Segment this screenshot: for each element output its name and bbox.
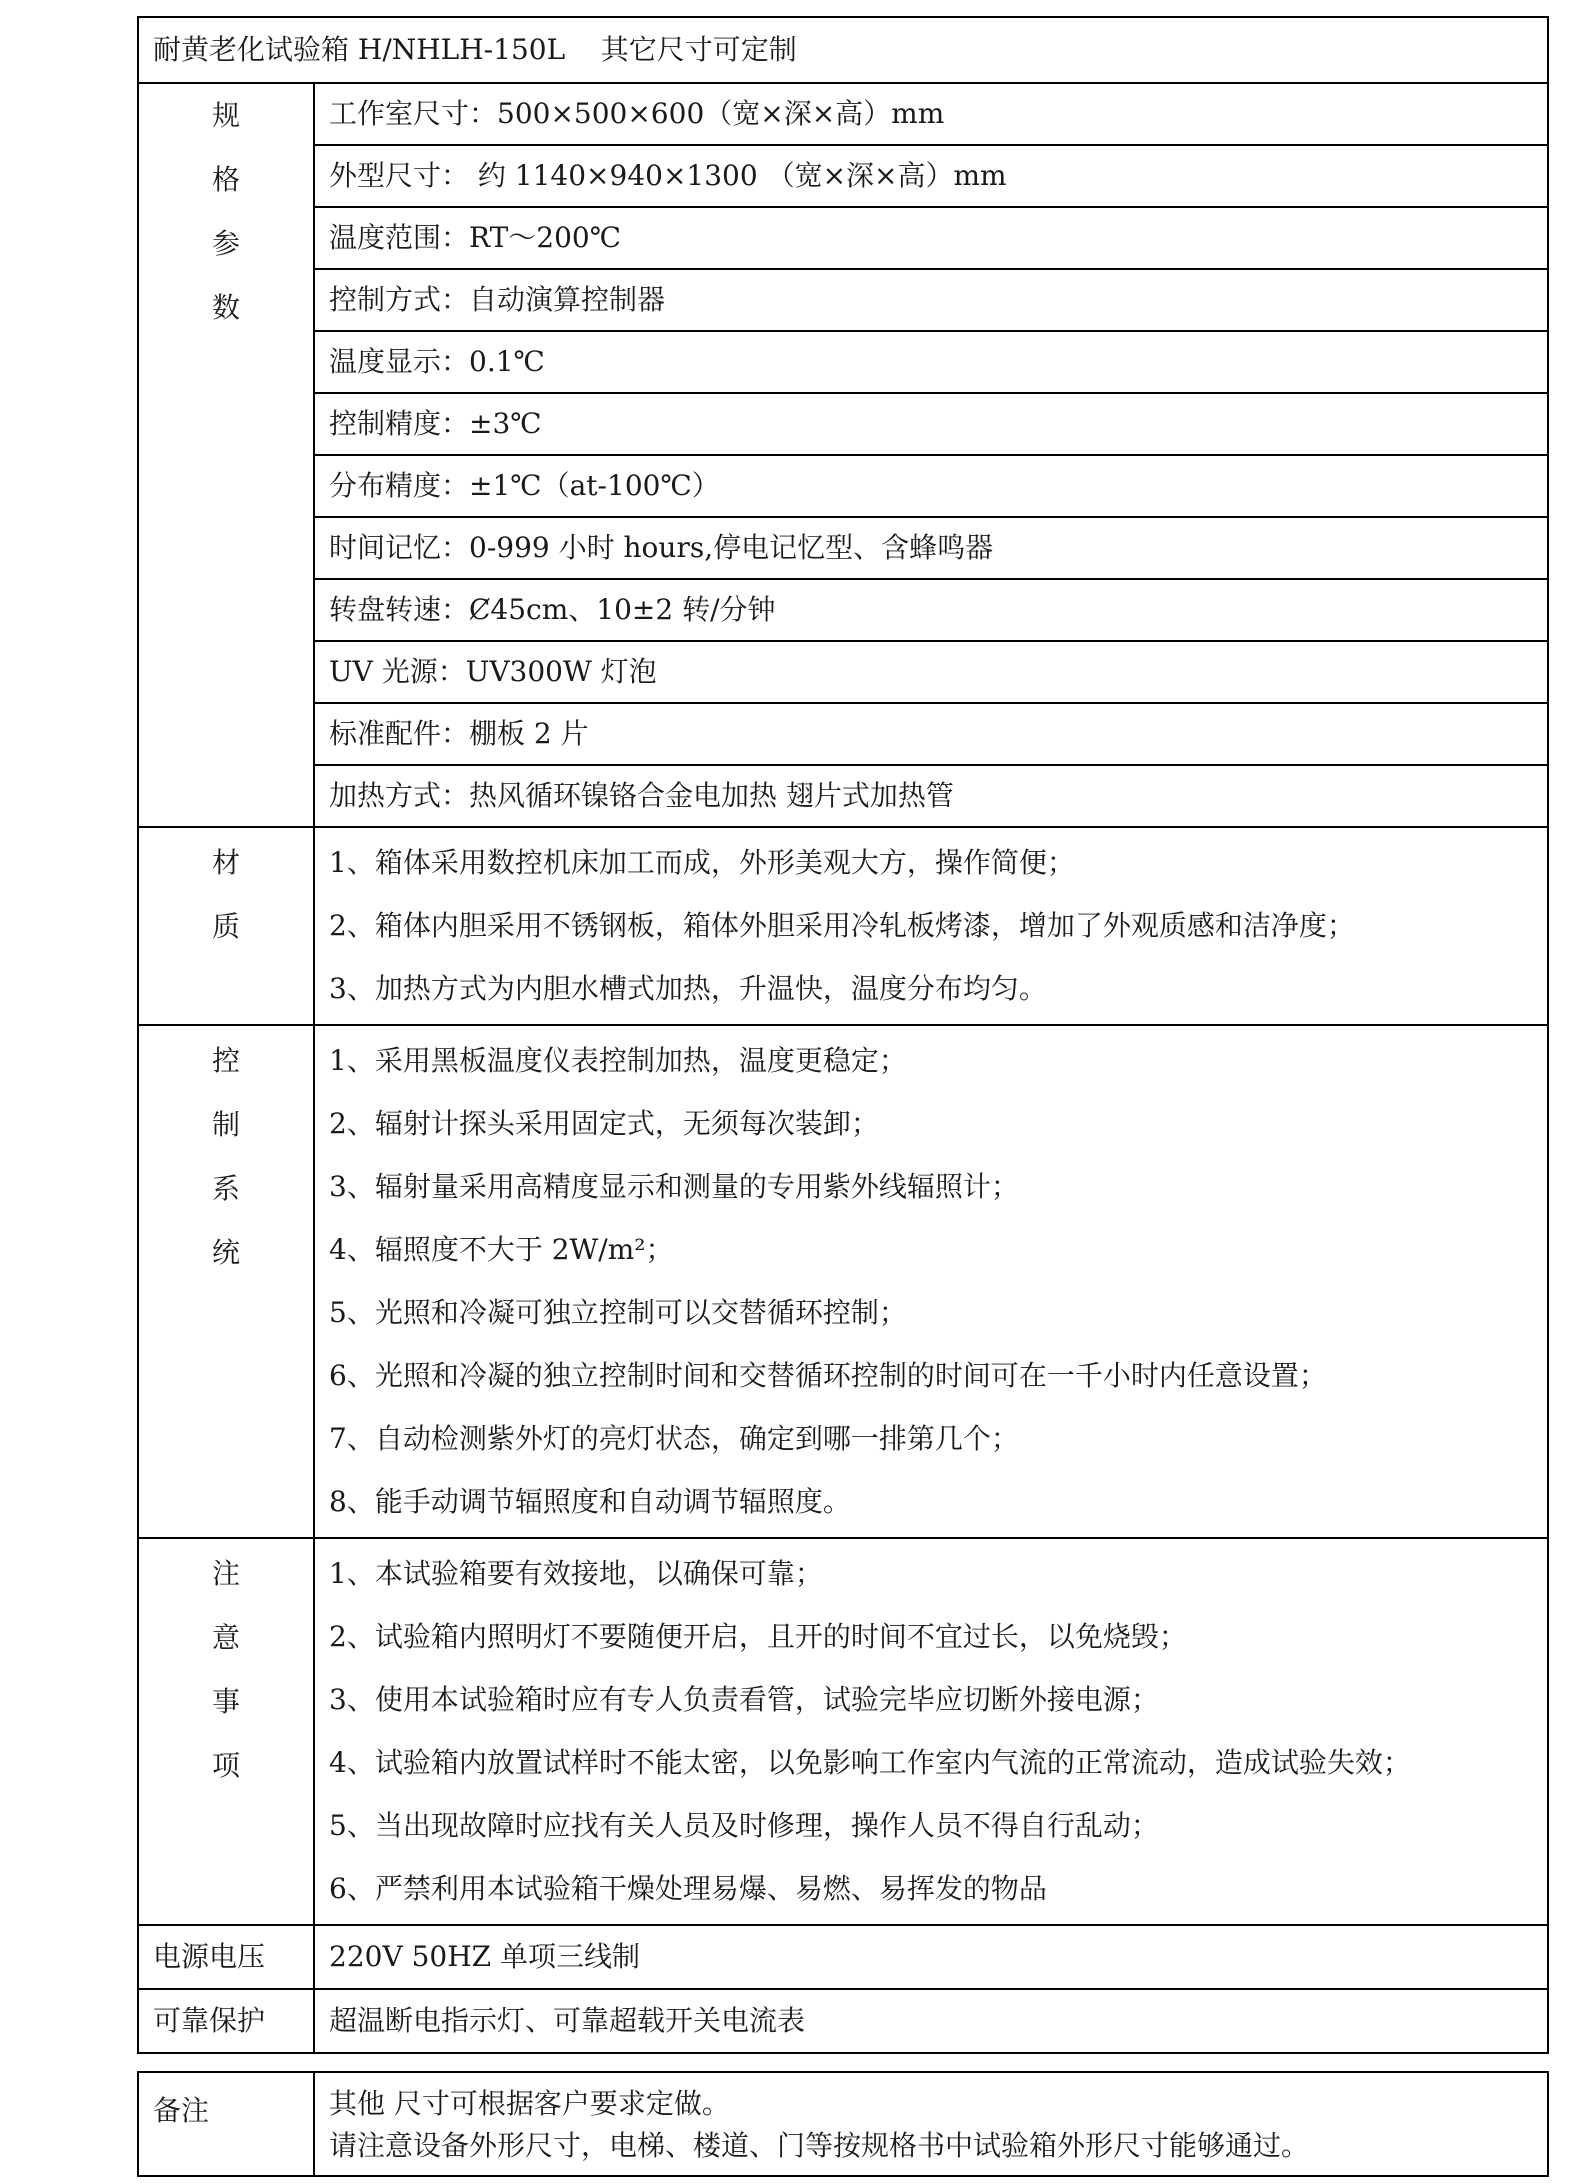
spec-row: 加热方式：热风循环镍铬合金电加热 翅片式加热管 [138,765,1548,827]
label-char: 控 [139,1029,313,1093]
protection-label: 可靠保护 [138,1989,314,2053]
spec-row: 控制精度：±3℃ [138,393,1548,455]
spec-item: 标准配件：棚板 2 片 [314,703,1548,765]
spec-item: 控制方式：自动演算控制器 [314,269,1548,331]
list-item: 2、试验箱内照明灯不要随便开启，且开的时间不宜过长，以免烧毁； [329,1605,1547,1668]
power-value: 220V 50HZ 单项三线制 [314,1925,1548,1989]
spec-item: 外型尺寸： 约 1140×940×1300 （宽×深×高）mm [314,145,1548,207]
remarks-line: 其他 尺寸可根据客户要求定做。 [329,2083,1533,2125]
protection-value: 超温断电指示灯、可靠超载开关电流表 [314,1989,1548,2053]
label-char: 事 [139,1670,313,1734]
control-system-row: 控 制 系 统 1、采用黑板温度仪表控制加热，温度更稳定； 2、辐射计探头采用固… [138,1025,1548,1538]
protection-row: 可靠保护 超温断电指示灯、可靠超载开关电流表 [138,1989,1548,2053]
remarks-line: 请注意设备外形尺寸，电梯、楼道、门等按规格书中试验箱外形尺寸能够通过。 [329,2125,1533,2167]
spec-row: UV 光源：UV300W 灯泡 [138,641,1548,703]
section-label-notes: 注 意 事 项 [138,1538,314,1925]
spec-item: 加热方式：热风循环镍铬合金电加热 翅片式加热管 [314,765,1548,827]
label-char: 制 [139,1093,313,1157]
label-char: 项 [139,1734,313,1798]
list-item: 5、光照和冷凝可独立控制可以交替循环控制； [329,1281,1547,1344]
spec-item: 转盘转速：Ȼ45cm、10±2 转/分钟 [314,579,1548,641]
section-label-material: 材 质 [138,827,314,1025]
list-item: 5、当出现故障时应找有关人员及时修理，操作人员不得自行乱动； [329,1794,1547,1857]
spec-row: 控制方式：自动演算控制器 [138,269,1548,331]
label-char: 统 [139,1221,313,1285]
spec-row: 标准配件：棚板 2 片 [138,703,1548,765]
label-char: 系 [139,1157,313,1221]
spec-item: 控制精度：±3℃ [314,393,1548,455]
spec-row: 温度范围：RT～200℃ [138,207,1548,269]
label-char: 材 [139,831,313,895]
label-char: 数 [139,276,313,340]
list-item: 8、能手动调节辐照度和自动调节辐照度。 [329,1470,1547,1533]
list-item: 1、采用黑板温度仪表控制加热，温度更稳定； [329,1029,1547,1092]
list-item: 1、本试验箱要有效接地，以确保可靠； [329,1542,1547,1605]
spec-table: 耐黄老化试验箱 H/NHLH-150L 其它尺寸可定制 规 格 参 数 工作室尺… [137,16,1549,2054]
title-gap [565,33,601,66]
spec-row: 转盘转速：Ȼ45cm、10±2 转/分钟 [138,579,1548,641]
spec-row: 外型尺寸： 约 1140×940×1300 （宽×深×高）mm [138,145,1548,207]
list-item: 4、试验箱内放置试样时不能太密，以免影响工作室内气流的正常流动，造成试验失效； [329,1731,1547,1794]
list-item: 3、辐射量采用高精度显示和测量的专用紫外线辐照计； [329,1155,1547,1218]
section-label-specs: 规 格 参 数 [138,83,314,827]
list-item: 4、辐照度不大于 2W/m²； [329,1218,1547,1281]
list-item: 7、自动检测紫外灯的亮灯状态，确定到哪一排第几个； [329,1407,1547,1470]
label-char: 注 [139,1542,313,1606]
label-char: 规 [139,84,313,148]
spec-row: 时间记忆：0-999 小时 hours,停电记忆型、含蜂鸣器 [138,517,1548,579]
title-model: 耐黄老化试验箱 H/NHLH-150L [153,33,565,66]
label-char: 参 [139,212,313,276]
remarks-row: 备注 其他 尺寸可根据客户要求定做。 请注意设备外形尺寸，电梯、楼道、门等按规格… [138,2072,1548,2176]
remarks-body: 其他 尺寸可根据客户要求定做。 请注意设备外形尺寸，电梯、楼道、门等按规格书中试… [314,2072,1548,2176]
power-row: 电源电压 220V 50HZ 单项三线制 [138,1925,1548,1989]
spec-item: UV 光源：UV300W 灯泡 [314,641,1548,703]
remarks-label: 备注 [138,2072,314,2176]
spec-item: 温度范围：RT～200℃ [314,207,1548,269]
spec-item: 时间记忆：0-999 小时 hours,停电记忆型、含蜂鸣器 [314,517,1548,579]
section-label-control-system: 控 制 系 统 [138,1025,314,1538]
list-item: 2、箱体内胆采用不锈钢板，箱体外胆采用冷轧板烤漆，增加了外观质感和洁净度； [329,894,1547,957]
spec-item: 分布精度：±1℃（at-100℃） [314,455,1548,517]
notes-row: 注 意 事 项 1、本试验箱要有效接地，以确保可靠； 2、试验箱内照明灯不要随便… [138,1538,1548,1925]
label-char: 质 [139,895,313,959]
label-char: 格 [139,148,313,212]
list-item: 1、箱体采用数控机床加工而成，外形美观大方，操作简便； [329,831,1547,894]
spec-item: 温度显示：0.1℃ [314,331,1548,393]
spec-item: 工作室尺寸：500×500×600（宽×深×高）mm [314,83,1548,145]
notes-list: 1、本试验箱要有效接地，以确保可靠； 2、试验箱内照明灯不要随便开启，且开的时间… [314,1538,1548,1925]
list-item: 3、加热方式为内胆水槽式加热，升温快，温度分布均匀。 [329,957,1547,1020]
spec-row: 分布精度：±1℃（at-100℃） [138,455,1548,517]
list-item: 6、严禁利用本试验箱干燥处理易爆、易燃、易挥发的物品 [329,1857,1547,1920]
remarks-table: 备注 其他 尺寸可根据客户要求定做。 请注意设备外形尺寸，电梯、楼道、门等按规格… [137,2071,1549,2177]
control-system-list: 1、采用黑板温度仪表控制加热，温度更稳定； 2、辐射计探头采用固定式，无须每次装… [314,1025,1548,1538]
title-suffix: 其它尺寸可定制 [601,33,797,66]
document-title: 耐黄老化试验箱 H/NHLH-150L 其它尺寸可定制 [138,17,1548,83]
list-item: 2、辐射计探头采用固定式，无须每次装卸； [329,1092,1547,1155]
material-row: 材 质 1、箱体采用数控机床加工而成，外形美观大方，操作简便； 2、箱体内胆采用… [138,827,1548,1025]
list-item: 6、光照和冷凝的独立控制时间和交替循环控制的时间可在一千小时内任意设置； [329,1344,1547,1407]
spec-row: 温度显示：0.1℃ [138,331,1548,393]
spec-row: 规 格 参 数 工作室尺寸：500×500×600（宽×深×高）mm [138,83,1548,145]
title-row: 耐黄老化试验箱 H/NHLH-150L 其它尺寸可定制 [138,17,1548,83]
label-char: 意 [139,1606,313,1670]
power-label: 电源电压 [138,1925,314,1989]
list-item: 3、使用本试验箱时应有专人负责看管，试验完毕应切断外接电源； [329,1668,1547,1731]
material-list: 1、箱体采用数控机床加工而成，外形美观大方，操作简便； 2、箱体内胆采用不锈钢板… [314,827,1548,1025]
